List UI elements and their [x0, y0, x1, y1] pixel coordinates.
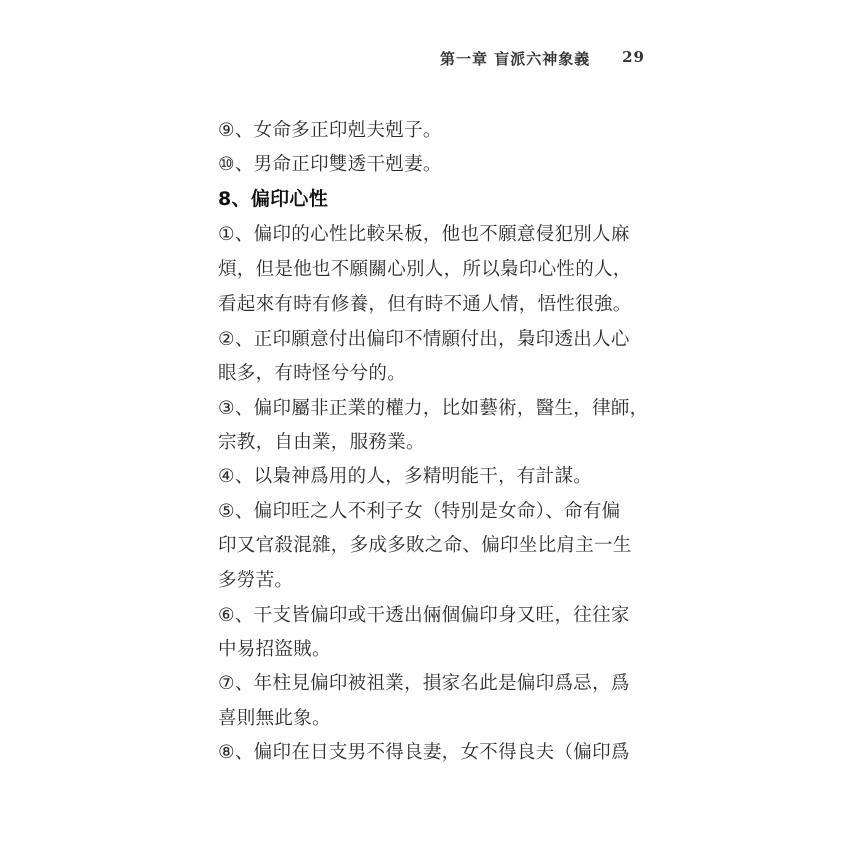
chapter-title: 第一章 盲派六神象義 [440, 48, 590, 69]
text-line: ⑨、女命多正印剋夫剋子。 [218, 116, 643, 142]
text-line: 宗教，自由業，服務業。 [218, 428, 643, 454]
running-header: 第一章 盲派六神象義 29 [440, 48, 645, 69]
text-line: ⑥、干支皆偏印或干透出倆個偏印身又旺，往往家 [218, 601, 643, 627]
page-number: 29 [622, 48, 645, 69]
text-line: ④、以梟神爲用的人，多精明能干，有計謀。 [218, 462, 643, 488]
text-line: ③、偏印屬非正業的權力，比如藝術，醫生，律師， [218, 394, 643, 420]
text-line: 看起來有時有修養，但有時不通人情，悟性很強。 [218, 290, 643, 316]
section-heading: 8、偏印心性 [218, 184, 643, 211]
book-page: 第一章 盲派六神象義 29 ⑨、女命多正印剋夫剋子。⑩、男命正印雙透干剋妻。8、… [0, 0, 850, 850]
text-line: 煩，但是他也不願關心別人，所以梟印心性的人， [218, 255, 643, 281]
text-line: ⑤、偏印旺之人不利子女（特別是女命）、命有偏 [218, 497, 643, 523]
text-line: ①、偏印的心性比較呆板，他也不願意侵犯別人麻 [218, 220, 643, 246]
text-line: ②、正印願意付出偏印不情願付出，梟印透出人心 [218, 325, 643, 351]
text-line: ⑩、男命正印雙透干剋妻。 [218, 150, 643, 176]
text-line: 多勞苦。 [218, 566, 643, 592]
text-line: ⑦、年柱見偏印被祖業，損家名此是偏印爲忌，爲 [218, 669, 643, 695]
text-line: 眼多，有時怪兮兮的。 [218, 359, 643, 385]
text-line: 喜則無此象。 [218, 704, 643, 730]
text-line: ⑧、偏印在日支男不得良妻，女不得良夫（偏印爲 [218, 738, 643, 764]
text-line: 印又官殺混雜，多成多敗之命、偏印坐比肩主一生 [218, 531, 643, 557]
text-line: 中易招盜賊。 [218, 635, 643, 661]
